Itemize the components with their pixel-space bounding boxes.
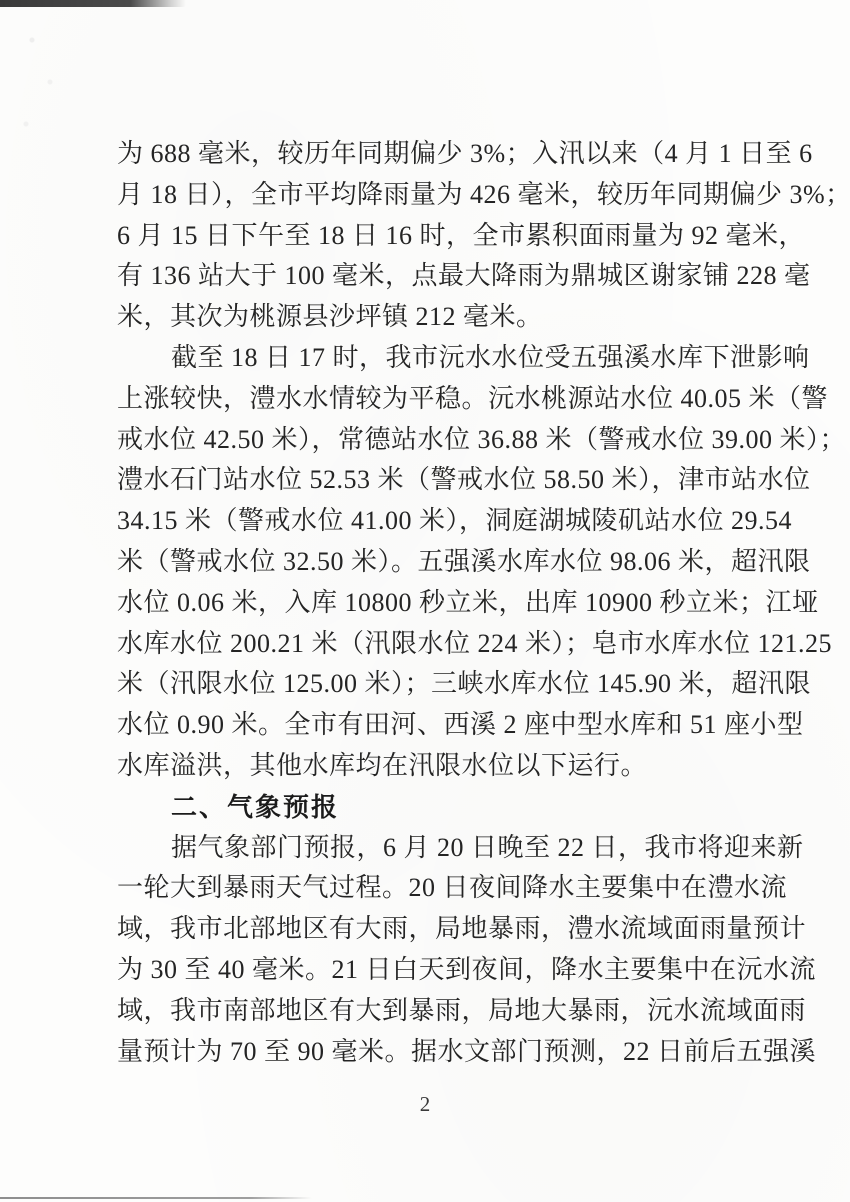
body-line-paragraph-start: 截至 18 日 17 时，我市沅水水位受五强溪水库下泄影响 (117, 338, 745, 379)
scan-artifact-smudge (14, 28, 74, 148)
body-line: 月 18 日），全市平均降雨量为 426 毫米，较历年同期偏少 3%； (117, 175, 745, 216)
body-line: 水库溢洪，其他水库均在汛限水位以下运行。 (117, 746, 745, 787)
scan-artifact-bottom-line (0, 1197, 312, 1199)
body-line: 上涨较快，澧水水情较为平稳。沅水桃源站水位 40.05 米（警 (117, 379, 745, 420)
body-line: 水位 0.06 米，入库 10800 秒立米，出库 10900 秒立米；江垭 (117, 583, 745, 624)
scan-artifact-top-strip (0, 0, 186, 7)
body-line-paragraph-start: 据气象部门预报，6 月 20 日晚至 22 日，我市将迎来新 (117, 828, 745, 869)
body-line: 一轮大到暴雨天气过程。20 日夜间降水主要集中在澧水流 (117, 868, 745, 909)
section-heading-weather-forecast: 二、气象预报 (117, 787, 745, 828)
body-line: 水库水位 200.21 米（汛限水位 224 米）；皂市水库水位 121.25 (117, 624, 745, 665)
body-line: 米（警戒水位 32.50 米）。五强溪水库水位 98.06 米，超汛限 (117, 542, 745, 583)
body-line: 量预计为 70 至 90 毫米。据水文部门预测，22 日前后五强溪 (117, 1032, 745, 1073)
body-line: 域，我市南部地区有大到暴雨，局地大暴雨，沅水流域面雨 (117, 991, 745, 1032)
body-line: 有 136 站大于 100 毫米，点最大降雨为鼎城区谢家铺 228 毫 (117, 256, 745, 297)
body-line: 6 月 15 日下午至 18 日 16 时，全市累积面雨量为 92 毫米， (117, 216, 745, 257)
body-line: 水位 0.90 米。全市有田河、西溪 2 座中型水库和 51 座小型 (117, 705, 745, 746)
body-line: 米，其次为桃源县沙坪镇 212 毫米。 (117, 297, 745, 338)
body-line: 米（汛限水位 125.00 米）；三峡水库水位 145.90 米，超汛限 (117, 664, 745, 705)
body-line: 34.15 米（警戒水位 41.00 米），洞庭湖城陵矶站水位 29.54 (117, 501, 745, 542)
body-line: 澧水石门站水位 52.53 米（警戒水位 58.50 米），津市站水位 (117, 460, 745, 501)
body-line: 为 30 至 40 毫米。21 日白天到夜间，降水主要集中在沅水流 (117, 950, 745, 991)
document-text-block: 为 688 毫米，较历年同期偏少 3%；入汛以来（4 月 1 日至 6 月 18… (117, 134, 745, 1072)
body-line: 域，我市北部地区有大雨，局地暴雨，澧水流域面雨量预计 (117, 909, 745, 950)
page-number: 2 (0, 1092, 850, 1117)
body-line: 戒水位 42.50 米），常德站水位 36.88 米（警戒水位 39.00 米）… (117, 420, 745, 461)
body-line: 为 688 毫米，较历年同期偏少 3%；入汛以来（4 月 1 日至 6 (117, 134, 745, 175)
